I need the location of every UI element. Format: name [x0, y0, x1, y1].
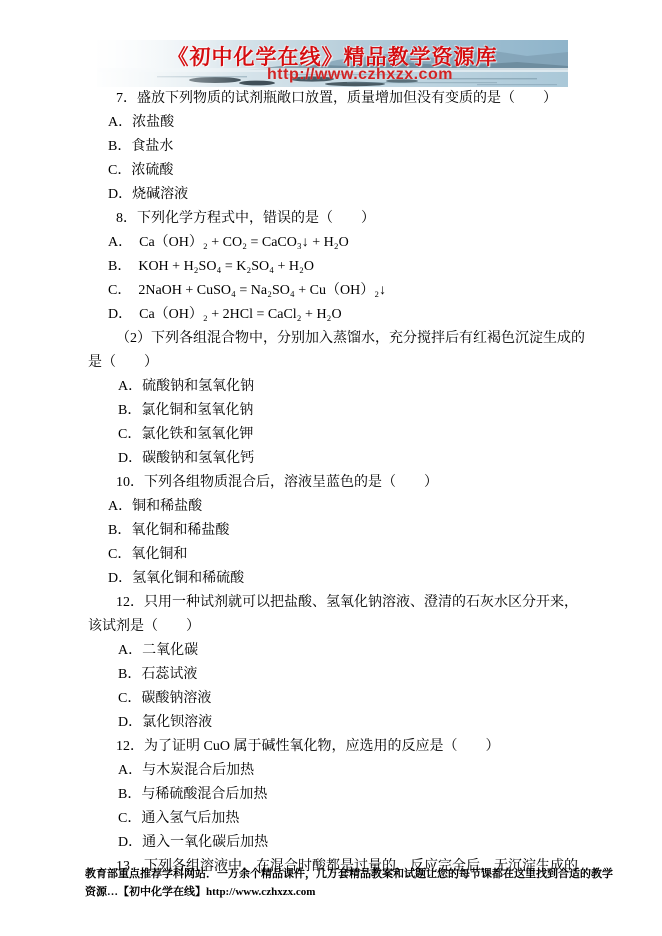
- footer-line-2: 资源…【初中化学在线】http://www.czhxzx.com: [85, 884, 612, 902]
- question-2-option-c: C．氯化铁和氢氧化钾: [88, 423, 588, 447]
- question-12b-option-d: D．通入一氧化碳后加热: [88, 831, 588, 855]
- question-8-option-c: C． 2NaOH + CuSO₄ = Na₂SO₄ + Cu（OH）₂↓: [88, 279, 588, 303]
- question-2-stem: （2）下列各组混合物中，分别加入蒸馏水，充分搅拌后有红褐色沉淀生成的是（ ）: [88, 327, 588, 375]
- question-8-option-a: A． Ca（OH）₂ + CO₂ = CaCO₃↓ + H₂O: [88, 231, 588, 255]
- banner-url: http://www.czhxzx.com: [152, 66, 568, 84]
- document-page: 《初中化学在线》精品教学资源库 http://www.czhxzx.com 7．…: [0, 0, 662, 936]
- question-12a-stem: 12．只用一种试剂就可以把盐酸、氢氧化钠溶液、澄清的石灰水区分开来，该试剂是（ …: [88, 591, 588, 639]
- question-12b-option-a: A．与木炭混合后加热: [88, 759, 588, 783]
- question-12a-option-a: A．二氧化碳: [88, 639, 588, 663]
- question-10-option-a: A．铜和稀盐酸: [88, 495, 588, 519]
- question-12a-option-b: B．石蕊试液: [88, 663, 588, 687]
- site-banner: 《初中化学在线》精品教学资源库 http://www.czhxzx.com: [97, 40, 568, 87]
- question-7-option-d: D．烧碱溶液: [88, 183, 588, 207]
- question-8-option-b: B． KOH + H₂SO₄ = K₂SO₄ + H₂O: [88, 255, 588, 279]
- question-12a-option-d: D．氯化钡溶液: [88, 711, 588, 735]
- question-10-option-c: C．氧化铜和: [88, 543, 588, 567]
- footer-line-1: 教育部重点推荐学科网站．一万余个精品课件，几万套精品教案和试题让您的每节课都在这…: [85, 866, 612, 884]
- question-7-option-a: A．浓盐酸: [88, 111, 588, 135]
- question-10-stem: 10．下列各组物质混合后，溶液呈蓝色的是（ ）: [88, 471, 588, 495]
- question-10-option-d: D．氢氧化铜和稀硫酸: [88, 567, 588, 591]
- question-list: 7．盛放下列物质的试剂瓶敞口放置，质量增加但没有变质的是（ ） A．浓盐酸 B．…: [88, 87, 588, 879]
- page-footer: 教育部重点推荐学科网站．一万余个精品课件，几万套精品教案和试题让您的每节课都在这…: [85, 866, 612, 901]
- question-12a-option-c: C．碳酸钠溶液: [88, 687, 588, 711]
- question-8-stem: 8．下列化学方程式中，错误的是（ ）: [88, 207, 588, 231]
- question-12b-option-b: B．与稀硫酸混合后加热: [88, 783, 588, 807]
- question-2-option-b: B．氯化铜和氢氧化钠: [88, 399, 588, 423]
- question-12b-option-c: C．通入氢气后加热: [88, 807, 588, 831]
- question-10-option-b: B．氧化铜和稀盐酸: [88, 519, 588, 543]
- question-7-option-c: C．浓硫酸: [88, 159, 588, 183]
- question-7-stem: 7．盛放下列物质的试剂瓶敞口放置，质量增加但没有变质的是（ ）: [88, 87, 588, 111]
- question-12b-stem: 12．为了证明 CuO 属于碱性氧化物，应选用的反应是（ ）: [88, 735, 588, 759]
- question-7-option-b: B．食盐水: [88, 135, 588, 159]
- question-2-option-a: A．硫酸钠和氢氧化钠: [88, 375, 588, 399]
- question-2-option-d: D．碳酸钠和氢氧化钙: [88, 447, 588, 471]
- question-8-option-d: D． Ca（OH）₂ + 2HCl = CaCl₂ + H₂O: [88, 303, 588, 327]
